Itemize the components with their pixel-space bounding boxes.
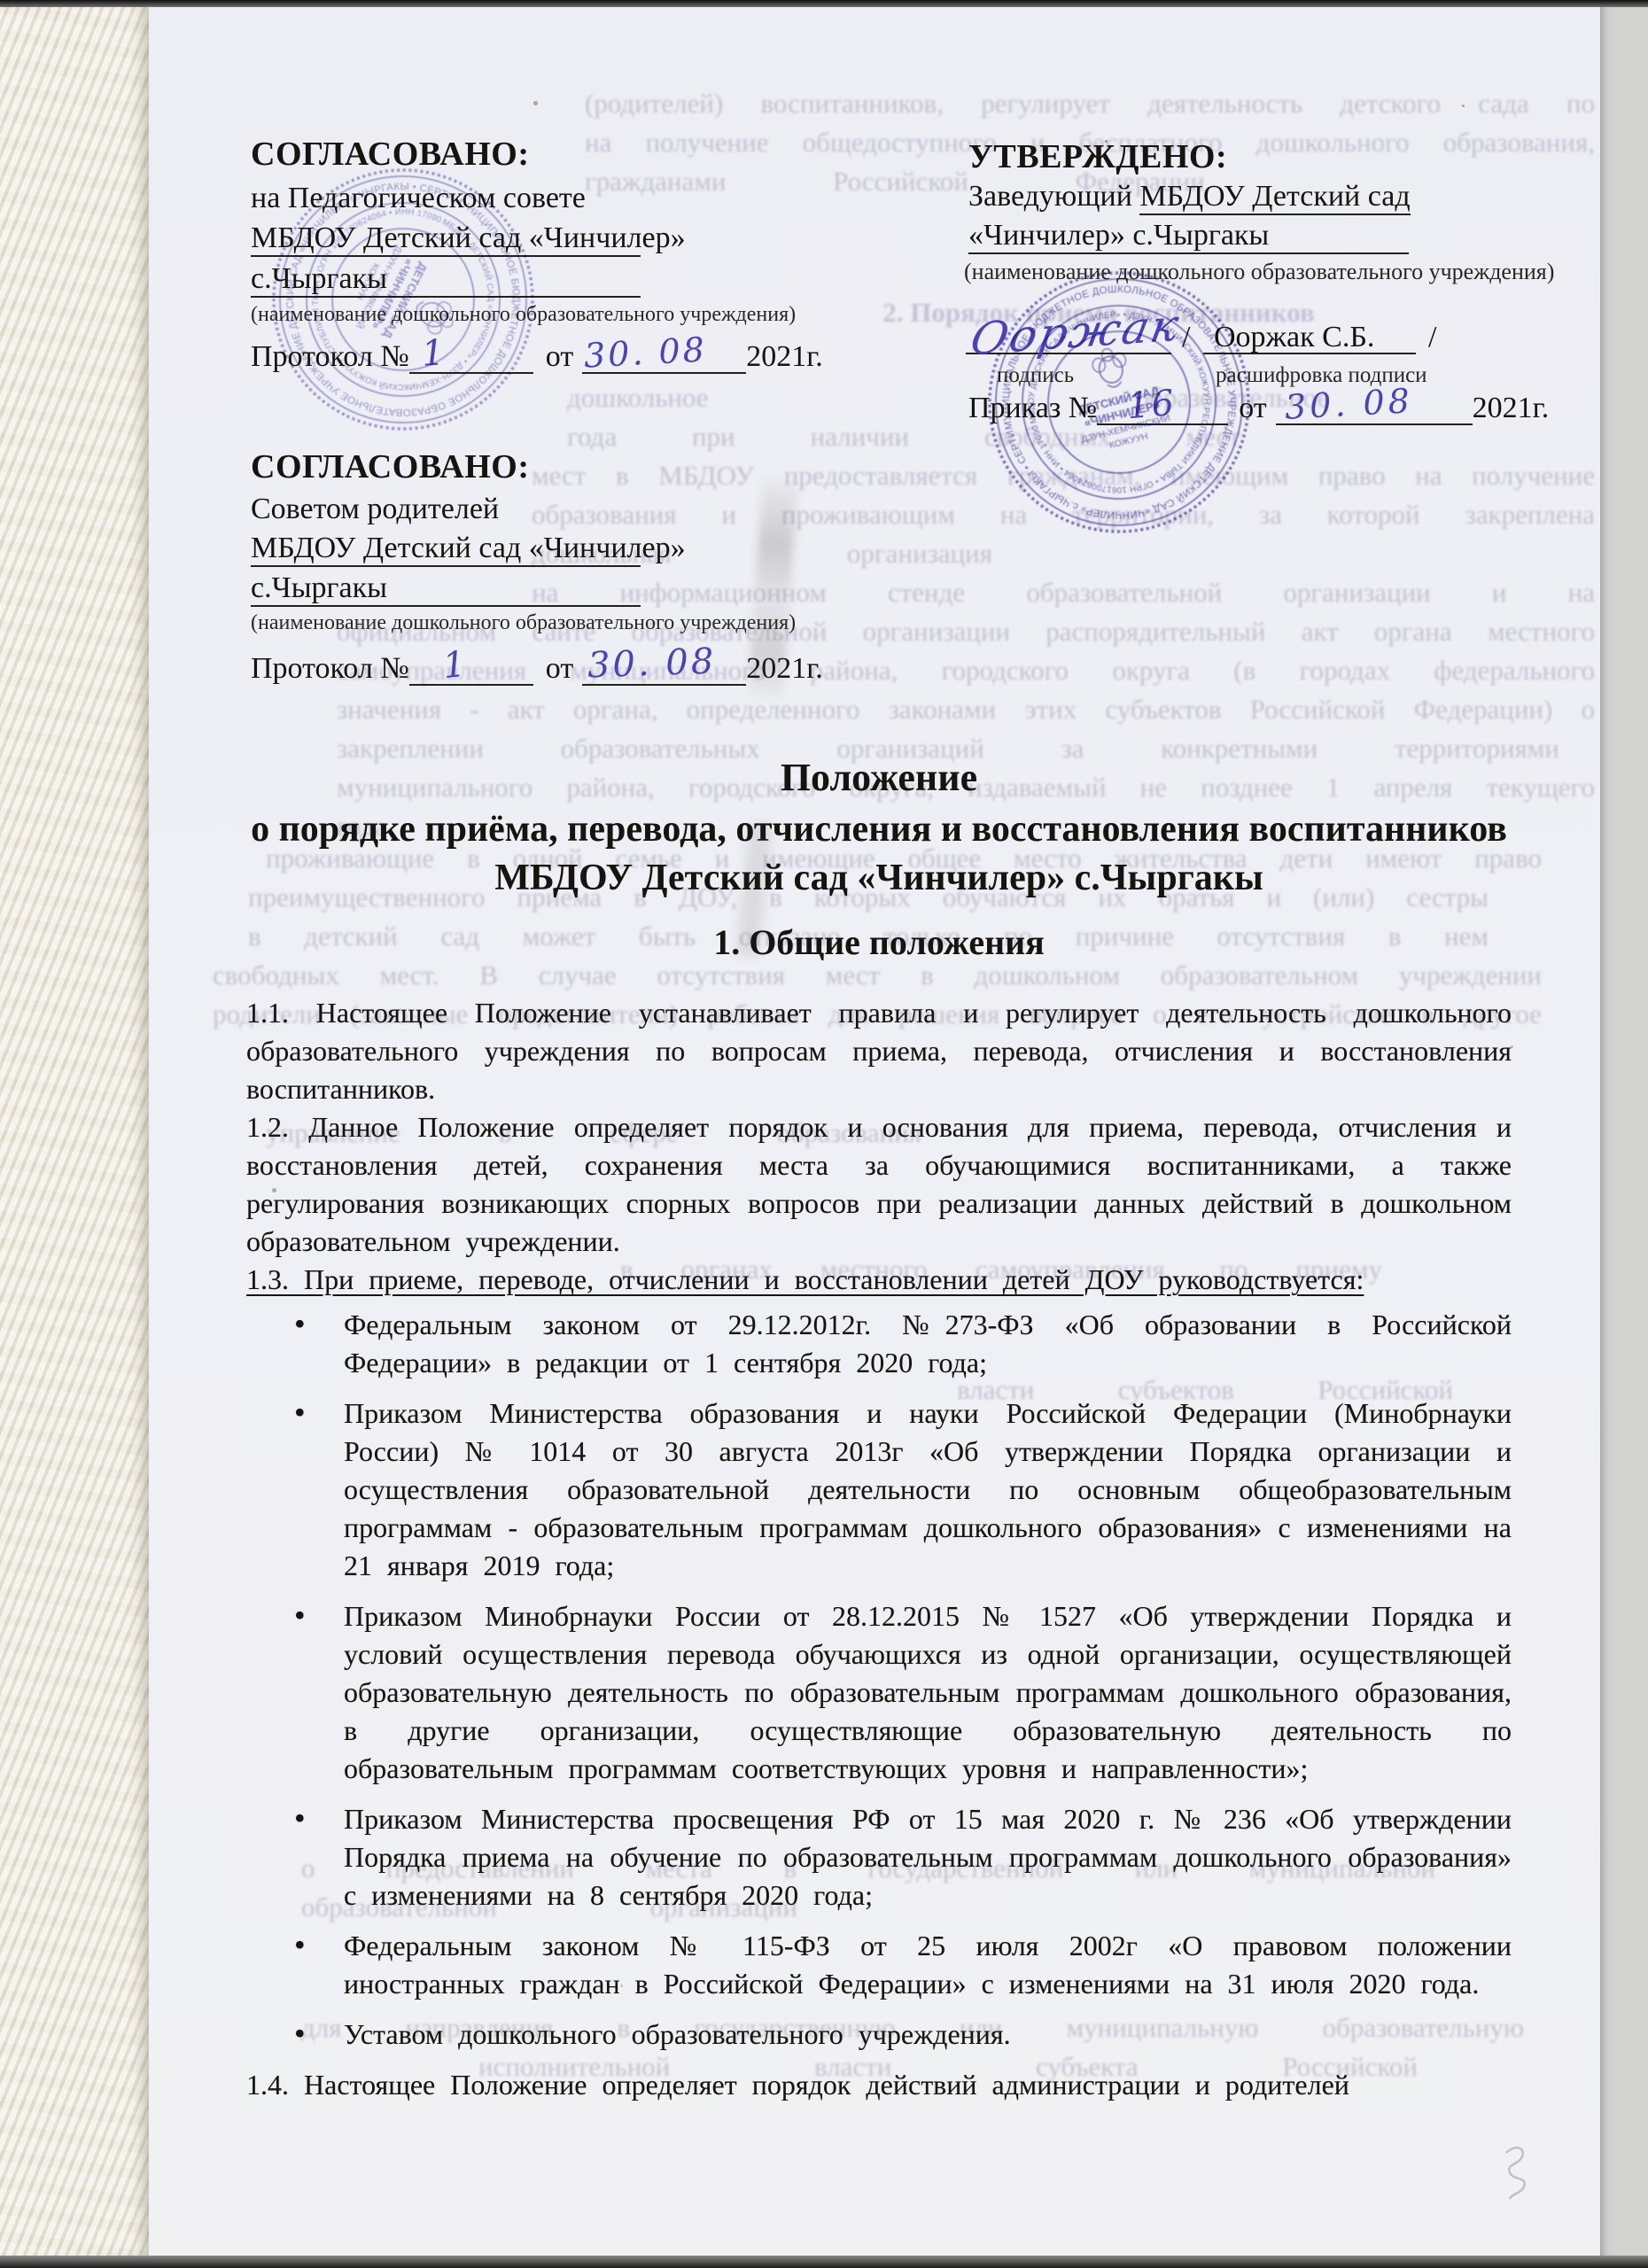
order-date-handwritten: 30. 08 <box>1284 381 1414 427</box>
protocol-number-handwritten: 1 <box>440 644 467 687</box>
agreed2-protocol-row: Протокол № 1 от 30. 08 2021г. <box>251 649 823 686</box>
legal-references-list: Федеральным законом от 29.12.2012г. №273… <box>292 1306 1512 2054</box>
title-line1: Положение <box>246 755 1512 800</box>
bleed-through-line: (родителей) воспитанников, регулирует де… <box>585 89 1595 119</box>
scan-edge-top <box>0 0 1648 7</box>
year-label: 2021г. <box>1473 392 1550 425</box>
document-body: 1.1. Настоящее Положение устанавливает п… <box>246 994 1512 2104</box>
from-label: от <box>546 652 573 686</box>
protocol-label: Протокол № <box>251 652 409 686</box>
bleed-through-line: на информационном стенде образовательной… <box>532 578 1595 608</box>
title-line3: МБДОУ Детский сад «Чинчилер» с.Чыргакы <box>246 857 1512 899</box>
paragraph-1-1: 1.1. Настоящее Положение устанавливает п… <box>246 994 1512 1108</box>
legal-reference-item: Федеральным законом от 29.12.2012г. №273… <box>292 1306 1512 1382</box>
legal-reference-item: Приказом Минобрнауки России от 28.12.201… <box>292 1597 1512 1788</box>
approved-line1-plain: Заведующий <box>968 180 1139 213</box>
protocol-date-blank: 30. 08 <box>582 337 746 374</box>
paragraph-1-2: 1.2. Данное Положение определяет порядок… <box>246 1108 1512 1261</box>
scanner-backing-right <box>1600 5 1648 2257</box>
slash-right: / <box>1428 321 1436 354</box>
bleed-through-line: значения - акт органа, определенного зак… <box>337 695 1595 725</box>
legal-reference-item: Приказом Министерства образования и наук… <box>292 1394 1512 1585</box>
scanner-backing-left <box>0 5 149 2257</box>
document-title: Положение о порядке приёма, перевода, от… <box>246 755 1512 899</box>
agreed2-org-line1: МБДОУ Детский сад «Чинчилер» <box>251 532 641 567</box>
legal-reference-item: Приказом Министерства просвещения РФ от … <box>292 1800 1512 1915</box>
year-label: 2021г. <box>746 340 823 374</box>
scanned-document-page: (родителей) воспитанников, регулирует де… <box>0 0 1648 2268</box>
protocol-date-handwritten: 30. 08 <box>587 641 717 686</box>
protocol-date-blank: 30. 08 <box>582 649 746 686</box>
title-line2: о порядке приёма, перевода, отчисления и… <box>246 808 1512 850</box>
approved-line1: Заведующий МБДОУ Детский сад <box>968 180 1411 214</box>
paragraph-1-3-underlined: 1.3. При приеме, переводе, отчислении и … <box>246 1263 1364 1295</box>
section-heading: 1. Общие положения <box>246 921 1512 963</box>
bleed-through-line: свободных мест. В случае отсутствия мест… <box>213 960 1542 990</box>
legal-reference-item: Уставом дошкольного образовательного учр… <box>292 2016 1512 2054</box>
agreed2-line1: Советом родителей <box>251 493 499 526</box>
paragraph-1-3: 1.3. При приеме, переводе, отчислении и … <box>246 1261 1512 1299</box>
approved-line1-underlined: МБДОУ Детский сад <box>1139 180 1410 215</box>
scan-edge-bottom <box>0 2256 1648 2268</box>
from-label: от <box>546 340 573 374</box>
agreed2-heading: СОГЛАСОВАНО: <box>251 447 529 486</box>
agreed2-org-line2: с.Чыргакы <box>251 571 641 607</box>
legal-reference-item: Федеральным законом № 115-ФЗ от 25 июля … <box>292 1927 1512 2003</box>
protocol-date-handwritten: 30. 08 <box>583 330 708 375</box>
order-date-blank: 30. 08 <box>1276 388 1473 425</box>
agreed2-caption: (наименование дошкольного образовательно… <box>251 611 796 635</box>
approved-heading: УТВЕРЖДЕНО: <box>968 137 1227 176</box>
protocol-number-blank: 1 <box>409 649 533 686</box>
pencil-scribble-icon <box>1499 2142 1538 2204</box>
paragraph-1-4: 1.4. Настоящее Положение определяет поря… <box>246 2066 1512 2104</box>
